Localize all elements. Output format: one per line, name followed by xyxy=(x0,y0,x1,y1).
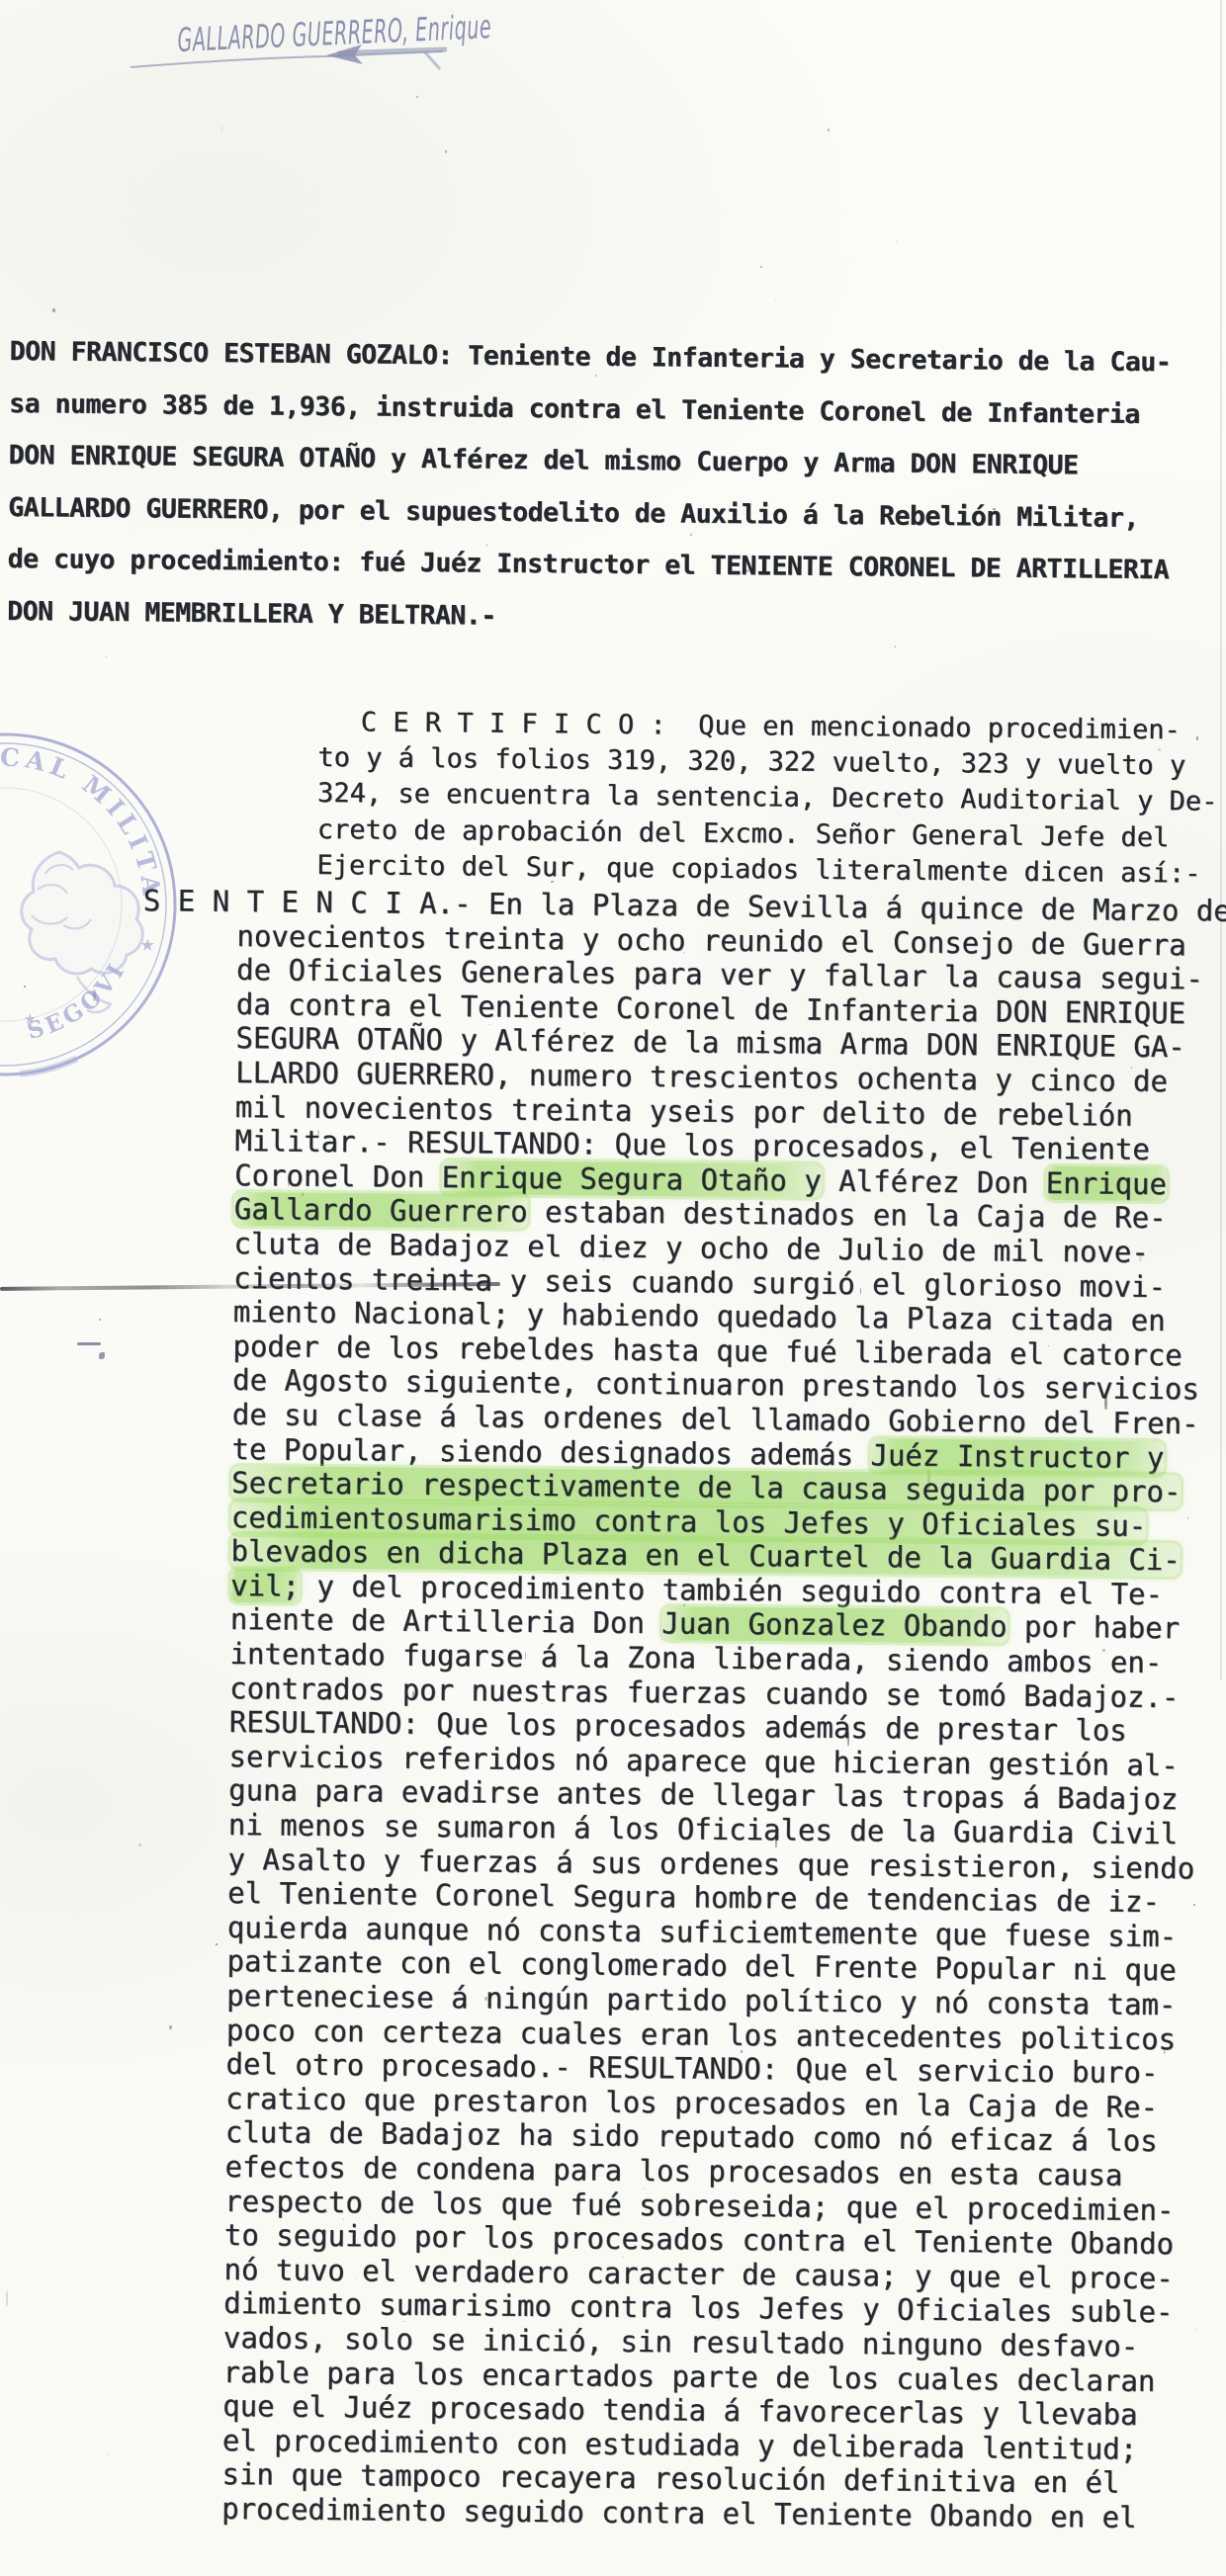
stamp-star-left: ★ xyxy=(24,1005,37,1029)
stamp-emblem xyxy=(22,852,143,974)
certifico-paragraph: C E R T I F I C O : Que en mencionado pr… xyxy=(316,705,1218,893)
scan-speck xyxy=(828,129,830,130)
line-text: sa numero 385 de 1,936, instruida contra… xyxy=(9,388,1140,430)
line-text: DON ENRIQUE SEGURA OTAÑO y Alférez del m… xyxy=(9,440,1079,480)
handwritten-annotation: GALLARDO GUERRERO, Enrique xyxy=(0,0,850,129)
highlight-mark: Enrique xyxy=(1046,1166,1168,1201)
highlight-mark: Juan Gonzalez Obando xyxy=(661,1607,1007,1644)
line-text: DON FRANCISCO ESTEBAN GOZALO: Teniente d… xyxy=(10,336,1172,378)
stamp-bottom-smudge xyxy=(20,1059,77,1073)
line-text: Ejercito del Sur, que copiados literalme… xyxy=(316,850,1200,890)
line-text: creto de aprobación del Excmo. Señor Gen… xyxy=(317,815,1170,853)
scan-mark-dash xyxy=(77,1342,101,1345)
highlight-mark: Juéz Instructor y xyxy=(870,1438,1164,1475)
scan-speck xyxy=(775,301,776,301)
sentencia-paragraph: S E N T E N C I A.- En la Plaza de Sevil… xyxy=(221,885,1226,2536)
line-text: te Popular, siendo designados además xyxy=(231,1431,870,1471)
scan-speck xyxy=(760,266,761,267)
scan-speck xyxy=(99,1319,101,1320)
line-text: estaban destinados en la Caja de Re- xyxy=(527,1195,1166,1235)
line-text: de cuyo procedimiento: fué Juéz Instruct… xyxy=(8,544,1170,585)
heading-paragraph: DON FRANCISCO ESTEBAN GOZALO: Teniente d… xyxy=(7,326,1172,649)
scan-speck xyxy=(52,308,55,312)
line-text: GALLARDO GUERRERO, por el supuestodelito… xyxy=(8,492,1139,534)
highlight-mark: vil; xyxy=(230,1569,300,1603)
scan-speck xyxy=(216,1943,218,1945)
scan-speck xyxy=(169,2025,172,2029)
scan-speck xyxy=(107,2453,109,2455)
scan-speck xyxy=(138,1844,140,1846)
annotation-tail xyxy=(425,52,440,69)
scan-mark-dot xyxy=(99,1352,105,1359)
line-text: por haber xyxy=(1007,1610,1180,1646)
scan-speck xyxy=(106,656,107,657)
scan-speck xyxy=(6,2290,9,2308)
stamp-star-right: ★ xyxy=(140,929,154,957)
scan-speck xyxy=(445,150,447,153)
scan-speck xyxy=(897,240,899,242)
line-text: to y á los folios 319, 320, 322 vuelto, … xyxy=(317,742,1185,781)
highlight-mark: Enrique Segura Otaño y xyxy=(442,1160,822,1198)
line-text: Coronel Don xyxy=(234,1159,442,1194)
line-text: niente de Artilleria Don xyxy=(230,1602,662,1640)
official-stamp: FISCAL MILITAR SEGOVIA ★ ★ xyxy=(0,707,198,1181)
line-text: DON JUAN MEMBRILLERA Y BELTRAN.- xyxy=(7,596,496,632)
line-text: Alférez Don xyxy=(822,1163,1046,1199)
highlight-mark: Gallardo Guerrero xyxy=(234,1192,528,1229)
line-text: 324, se encuentra la sentencia, Decreto … xyxy=(317,778,1218,817)
line-text: C E R T I F I C O : Que en mencionado pr… xyxy=(361,707,1181,745)
